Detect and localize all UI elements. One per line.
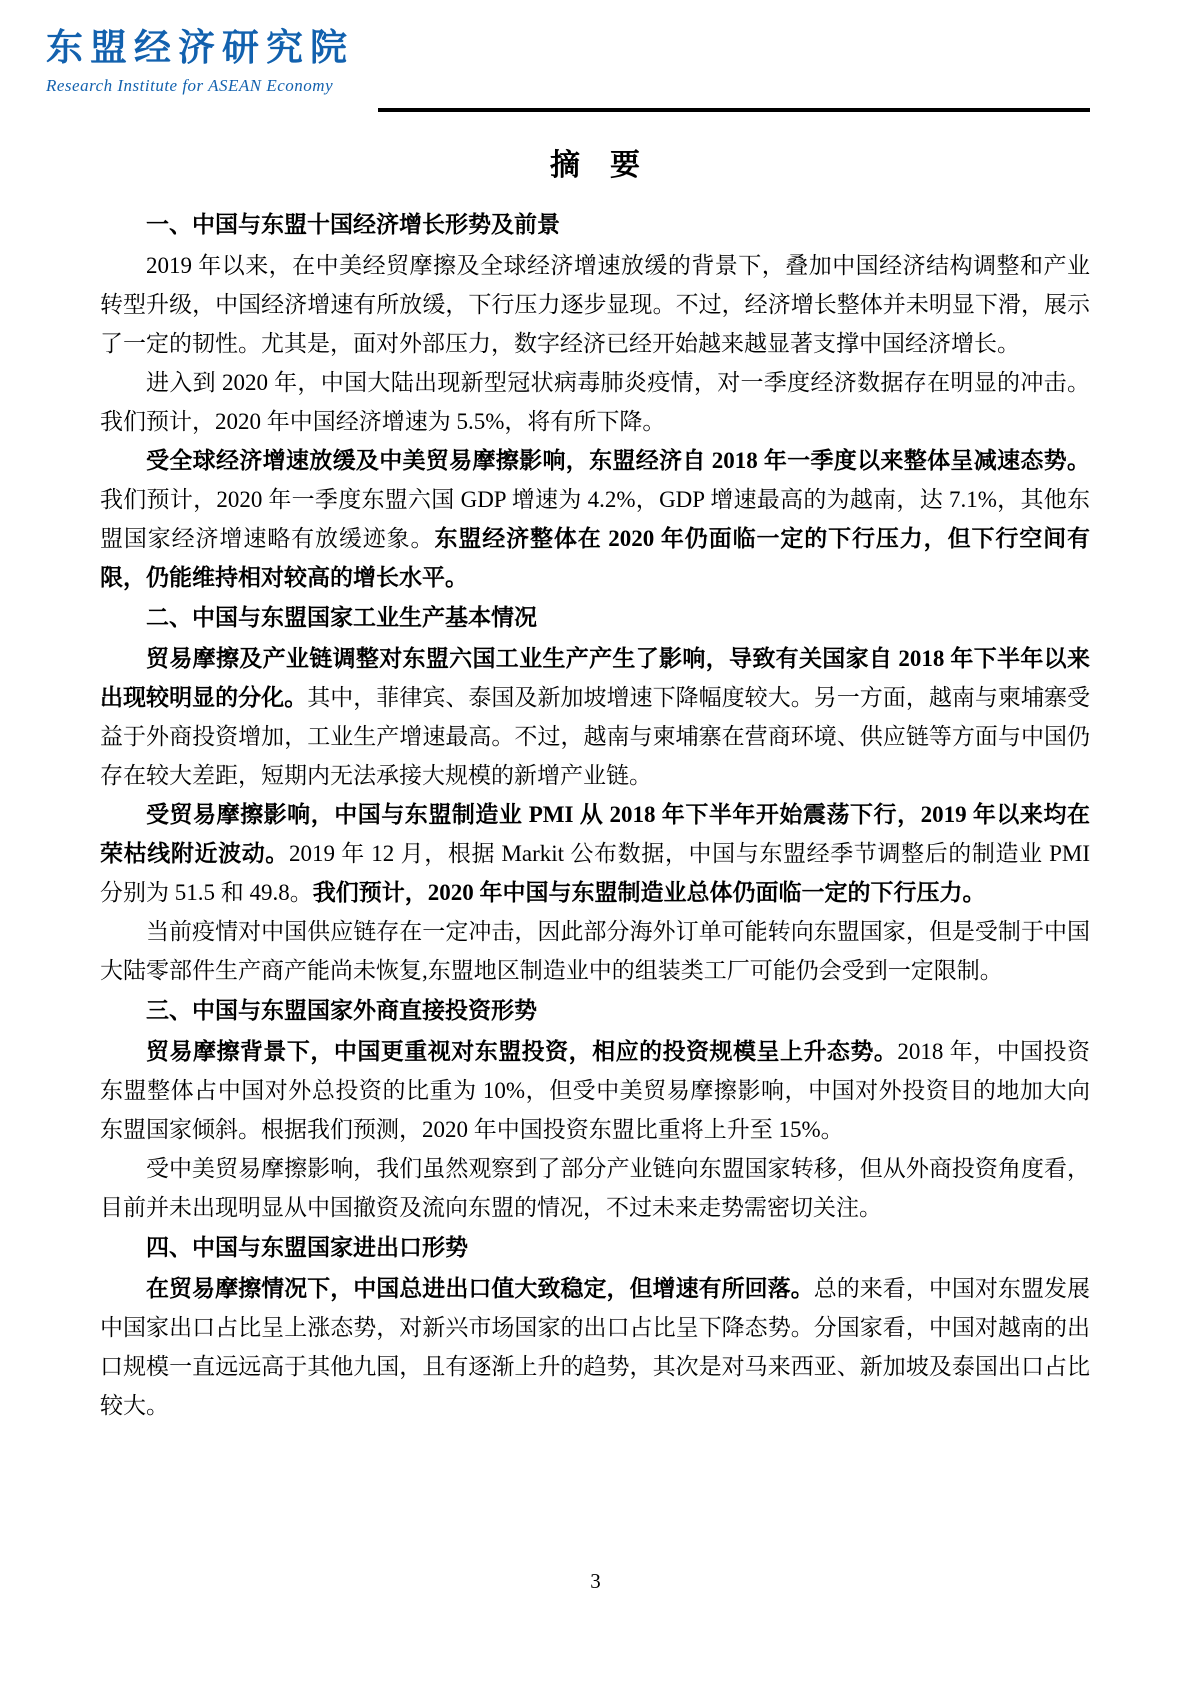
text-run-bold: 我们预计，2020 年中国与东盟制造业总体仍面临一定的下行压力。 [313, 880, 986, 905]
paragraph: 2019 年以来，在中美经贸摩擦及全球经济增速放缓的背景下，叠加中国经济结构调整… [100, 246, 1090, 363]
text-run: 受中美贸易摩擦影响，我们虽然观察到了部分产业链向东盟国家转移，但从外商投资角度看… [100, 1156, 1090, 1220]
section-heading-4: 四、中国与东盟国家进出口形势 [100, 1227, 1090, 1269]
text-run-bold: 贸易摩擦背景下，中国更重视对东盟投资，相应的投资规模呈上升态势。 [146, 1039, 897, 1064]
paragraph: 受贸易摩擦影响，中国与东盟制造业 PMI 从 2018 年下半年开始震荡下行，2… [100, 795, 1090, 912]
section-heading-2: 二、中国与东盟国家工业生产基本情况 [100, 597, 1090, 639]
text-run: 2019 年以来，在中美经贸摩擦及全球经济增速放缓的背景下，叠加中国经济结构调整… [100, 253, 1090, 356]
logo-chinese-name: 东盟经济研究院 [46, 28, 354, 70]
text-run-bold: 受全球经济增速放缓及中美贸易摩擦影响，东盟经济自 2018 年一季度以来整体呈减… [146, 448, 1090, 473]
paragraph: 贸易摩擦背景下，中国更重视对东盟投资，相应的投资规模呈上升态势。2018 年，中… [100, 1032, 1090, 1149]
paragraph: 进入到 2020 年，中国大陆出现新型冠状病毒肺炎疫情，对一季度经济数据存在明显… [100, 363, 1090, 441]
text-run: 进入到 2020 年，中国大陆出现新型冠状病毒肺炎疫情，对一季度经济数据存在明显… [100, 370, 1090, 434]
paragraph: 贸易摩擦及产业链调整对东盟六国工业生产产生了影响，导致有关国家自 2018 年下… [100, 639, 1090, 795]
text-run: 当前疫情对中国供应链存在一定冲击，因此部分海外订单可能转向东盟国家，但是受制于中… [100, 919, 1090, 983]
document-page: 东盟经济研究院 Research Institute for ASEAN Eco… [0, 0, 1191, 1684]
paragraph: 受中美贸易摩擦影响，我们虽然观察到了部分产业链向东盟国家转移，但从外商投资角度看… [100, 1149, 1090, 1227]
paragraph: 当前疫情对中国供应链存在一定冲击，因此部分海外订单可能转向东盟国家，但是受制于中… [100, 912, 1090, 990]
paragraph: 在贸易摩擦情况下，中国总进出口值大致稳定，但增速有所回落。总的来看，中国对东盟发… [100, 1269, 1090, 1425]
institute-logo: 东盟经济研究院 Research Institute for ASEAN Eco… [46, 28, 354, 96]
logo-english-name: Research Institute for ASEAN Economy [46, 76, 354, 96]
document-body: 摘 要 一、中国与东盟十国经济增长形势及前景 2019 年以来，在中美经贸摩擦及… [100, 142, 1090, 1425]
section-heading-3: 三、中国与东盟国家外商直接投资形势 [100, 990, 1090, 1032]
header-divider-line [378, 108, 1090, 112]
text-run-bold: 在贸易摩擦情况下，中国总进出口值大致稳定，但增速有所回落。 [146, 1276, 814, 1301]
paragraph: 受全球经济增速放缓及中美贸易摩擦影响，东盟经济自 2018 年一季度以来整体呈减… [100, 441, 1090, 597]
document-title: 摘 要 [100, 142, 1090, 190]
page-number: 3 [0, 1569, 1191, 1594]
section-heading-1: 一、中国与东盟十国经济增长形势及前景 [100, 204, 1090, 246]
